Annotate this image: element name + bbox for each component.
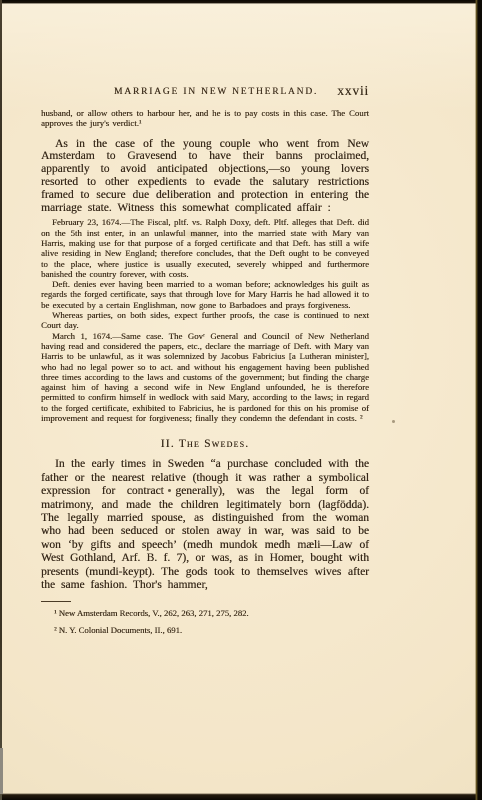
footnote-1: ¹ New Amsterdam Records, V., 262, 263, 2… [41, 608, 369, 619]
case-record-paragraph-3: Whereas parties, on both sides, expect f… [41, 310, 369, 331]
lead-paragraph: As in the case of the young couple who w… [41, 138, 369, 215]
scan-edge-right [475, 0, 482, 800]
scan-edge-left [0, 0, 2, 800]
section-heading: II. The Swedes. [41, 438, 369, 450]
paper-stain [392, 420, 395, 423]
printed-text-block: MARRIAGE IN NEW NETHERLAND. xxvii husban… [41, 86, 369, 635]
case-record-paragraph-1: February 23, 1674.—The Fiscal, pltf. vs.… [41, 217, 369, 279]
scan-edge-bottom [0, 793, 482, 800]
case-record-block: February 23, 1674.—The Fiscal, pltf. vs.… [41, 217, 369, 423]
scan-corner-fragment [0, 748, 3, 794]
page-number: xxvii [337, 83, 369, 99]
book-page-scan: MARRIAGE IN NEW NETHERLAND. xxvii husban… [0, 0, 482, 800]
case-record-paragraph-2: Deft. denies ever having been married to… [41, 279, 369, 310]
scan-edge-top [0, 0, 482, 4]
running-header-title: MARRIAGE IN NEW NETHERLAND. [114, 87, 318, 97]
running-head: MARRIAGE IN NEW NETHERLAND. xxvii [41, 86, 369, 99]
carryover-paragraph: husband, or allow others to harbour her,… [41, 108, 369, 129]
footnote-2: ² N. Y. Colonial Documents, II., 691. [41, 625, 369, 636]
footnote-divider [41, 601, 71, 602]
swedes-paragraph: In the early times in Sweden “a purchase… [41, 458, 369, 592]
case-record-paragraph-4: March 1, 1674.—Same case. The Govʳ Gener… [41, 331, 369, 424]
